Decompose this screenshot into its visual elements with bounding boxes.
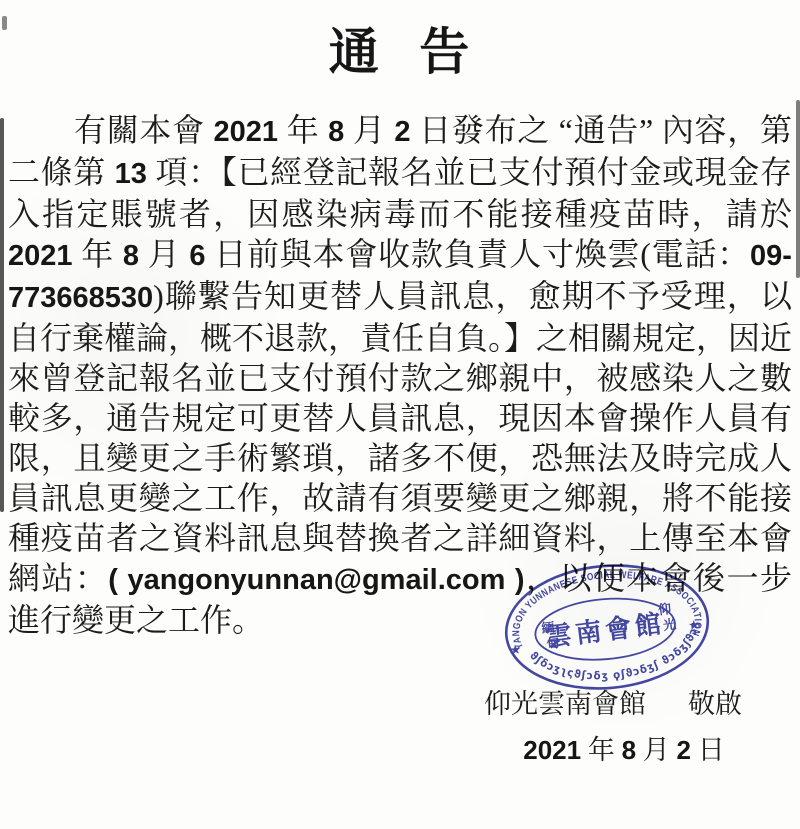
bold-figure-run: 13 — [115, 158, 147, 190]
text-run: 年 — [581, 735, 622, 765]
scan-artifact-speck — [2, 16, 7, 30]
bold-figure-run: 2 — [394, 116, 410, 148]
stamp-inner-right-bottom-char: 光 — [662, 617, 677, 633]
bold-figure-run: 8 — [622, 735, 636, 765]
bold-figure-run: 2021 — [8, 240, 73, 272]
association-seal-stamp: YANGON YUNNANESE SOCIAL WELFARE ASSOCIAT… — [492, 551, 722, 701]
stamp-group: YANGON YUNNANESE SOCIAL WELFARE ASSOCIAT… — [501, 557, 713, 696]
text-run: 有關本會 — [74, 112, 214, 148]
bold-figure-run: 2021 — [214, 116, 279, 148]
notice-document: { "document": { "title": "通 告", "paragra… — [0, 0, 800, 829]
bold-figure-run: 8 — [328, 116, 344, 148]
text-run: 日 — [691, 735, 725, 765]
text-run: )聯繫告知更替人員訊息，愈期不予受理，以自行棄權論，概不退款，責任自負。】之相關… — [8, 278, 792, 596]
stamp-star-left-icon: ★ — [509, 642, 522, 658]
bold-figure-run: 6 — [189, 240, 205, 272]
bold-figure-run: 2 — [677, 735, 691, 765]
scan-artifact-right-edge — [796, 100, 800, 278]
text-run: 日前與本會收款負責人寸煥雲(電話： — [205, 236, 750, 272]
scan-artifact-left-edge — [0, 118, 4, 512]
stamp-star-right-icon: ★ — [688, 617, 701, 633]
stamp-inner-main-text: 雲南會館 — [544, 608, 667, 652]
notice-title: 通 告 — [0, 12, 800, 84]
text-run: 年 — [278, 112, 328, 148]
stamp-inner-right-top-char: 仰 — [657, 601, 672, 617]
text-run: 月 — [139, 236, 189, 272]
text-run: 年 — [73, 236, 123, 272]
text-run: 月 — [636, 735, 677, 765]
bold-figure-run: 8 — [123, 240, 139, 272]
text-run: 月 — [344, 112, 394, 148]
bold-figure-run: 2021 — [523, 735, 581, 765]
bold-figure-run: ( yangonyunnan@gmail.com ) — [108, 564, 524, 596]
signature-date: 2021 年 8 月 2 日 — [484, 728, 764, 767]
